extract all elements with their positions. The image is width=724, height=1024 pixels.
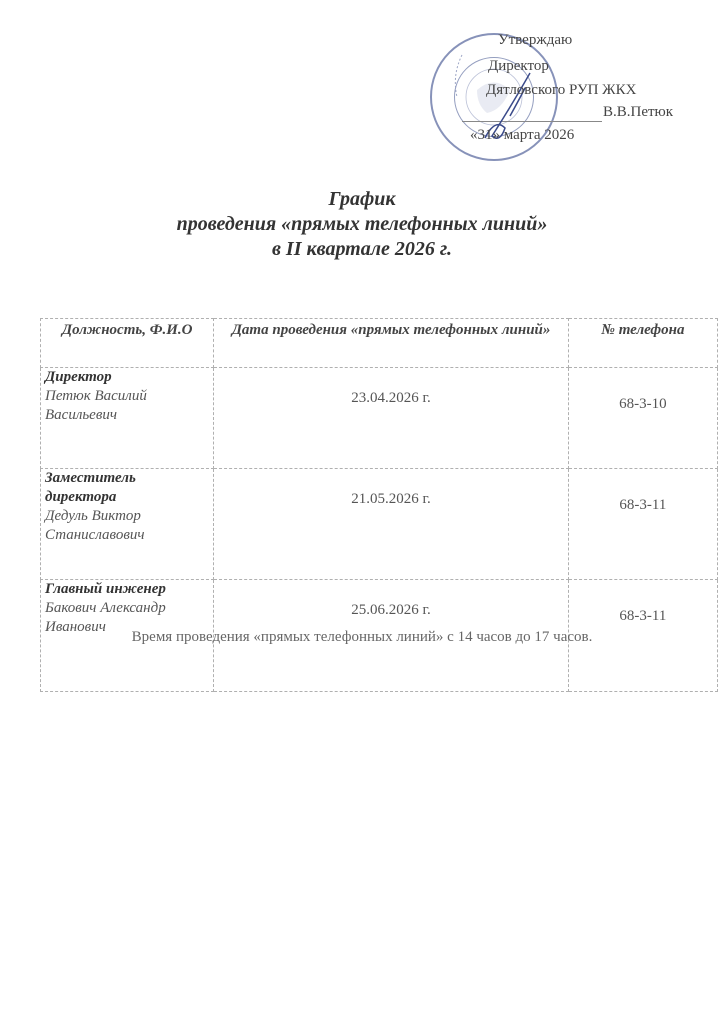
table-row: Заместитель директора Дедуль Виктор Стан… — [41, 469, 718, 580]
document-title: График проведения «прямых телефонных лин… — [0, 187, 724, 262]
cell-phone: 68-3-11 — [568, 469, 717, 580]
table-header-row: Должность, Ф.И.О Дата проведения «прямых… — [41, 319, 718, 368]
position: Главный инженер — [45, 580, 209, 599]
cell-person: Заместитель директора Дедуль Виктор Стан… — [41, 469, 214, 580]
approval-date: «31» марта 2026 — [470, 127, 574, 144]
footer-note: Время проведения «прямых телефонных лини… — [0, 629, 724, 646]
approval-organization: Дятловского РУП ЖКХ — [486, 82, 636, 99]
table-row: Директор Петюк Василий Васильевич 23.04.… — [41, 368, 718, 469]
full-name: Петюк Василий Васильевич — [45, 387, 209, 425]
approval-block: Утверждаю Директор Дятловского РУП ЖКХ В… — [440, 28, 720, 158]
approval-signatory: В.В.Петюк — [603, 104, 673, 121]
full-name: Дедуль Виктор Станиславович — [45, 507, 209, 545]
cell-date: 23.04.2026 г. — [214, 368, 568, 469]
position: Директор — [45, 368, 209, 387]
cell-phone: 68-3-10 — [568, 368, 717, 469]
header-position: Должность, Ф.И.О — [41, 319, 214, 368]
approval-title: Директор — [488, 58, 549, 75]
approval-approve: Утверждаю — [498, 32, 572, 49]
title-line-1: График — [0, 187, 724, 212]
title-line-3: в II квартале 2026 г. — [0, 237, 724, 262]
title-line-2: проведения «прямых телефонных линий» — [0, 212, 724, 237]
header-phone: № телефона — [568, 319, 717, 368]
position: Заместитель директора — [45, 469, 209, 507]
header-date: Дата проведения «прямых телефонных линий… — [214, 319, 568, 368]
cell-person: Директор Петюк Василий Васильевич — [41, 368, 214, 469]
cell-date: 21.05.2026 г. — [214, 469, 568, 580]
